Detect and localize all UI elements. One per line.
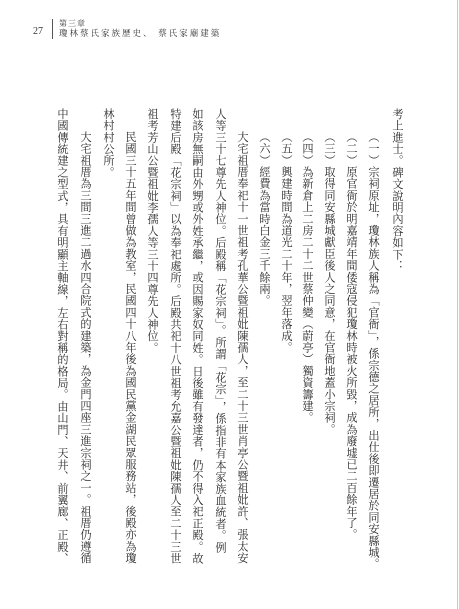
text-column-11: 特建后殿「花宗祠」以為奉祀處所。后殿共祀十八世祖考允嘉公暨祖妣陳孺人至二十三世 (168, 108, 182, 564)
text-column-5: （四）為新倉上二房二十二世蔡仲變（蔚亭）獨資籌建。 (300, 131, 314, 424)
text-column-12: 祖考芳山公暨祖妣李孺人等三十四尊先人神位。 (145, 108, 159, 354)
text-column-9: 人等三十七尊先人神位。后殿稱「花宗祠」。所謂「花宗」，係指非有本家族血統者。例 (213, 108, 227, 553)
header-divider (52, 19, 53, 39)
vertical-text-body: 考上進士。碑文說明內容如下： （一）宗祠原址，瓊林族人稱為「官衙」，係宗德之居所… (0, 108, 459, 588)
running-header: 27 第三章 瓊林蔡氏家族歷史、 蔡氏家廟建築 (0, 0, 300, 40)
text-column-16: 中國傳統建之型式，具有明顯主軸線，左右對稱的格局。由山門、天井、前翼廊、正殿、 (55, 108, 69, 564)
text-column-1: 考上進士。碑文說明內容如下： (390, 108, 404, 272)
text-column-4: （三）取得同安縣城獻臣後人之同意，在官衙地蓋小宗祠。 (322, 131, 336, 435)
text-column-15: 大宅祖厝為三間三進二過水四合院式的建築，為金門四座三進宗祠之一。祖厝仍遵循 (78, 131, 92, 564)
text-column-10: 如該房無嗣由外甥或外姓承繼，或因賜家奴同姓。日後雖有發達者，仍不得入祀正殿。故 (190, 108, 204, 564)
text-column-7: （六）經費為當時白金三千餘兩。 (257, 131, 271, 307)
page-number: 27 (33, 26, 43, 37)
text-column-14: 林村村公所。 (101, 108, 115, 178)
text-column-2: （一）宗祠原址，瓊林族人稱為「官衙」，係宗德之居所，出仕後即遷居於同安縣城。 (366, 131, 380, 570)
chapter-title: 瓊林蔡氏家族歷史、 蔡氏家廟建築 (59, 29, 221, 39)
text-column-3: （二）原官衙於明嘉靖年間倭寇侵犯瓊林時被火所毀，成為廢墟已二百餘年了。 (344, 131, 358, 541)
text-column-6: （五）興建時間為道光二十年，翌年落成。 (279, 131, 293, 353)
chapter-label: 第三章 (59, 19, 86, 28)
text-column-13: 民國三十五年間曾做為教室，民國四十八年後為國民黨金湖民眾服務站，後殿亦為瓊 (123, 131, 137, 564)
text-column-8: 大宅祖厝奉祀十一世祖考孔華公暨祖妣陳孺人，至二十三世肖亭公暨祖妣許、張太安 (235, 131, 249, 564)
